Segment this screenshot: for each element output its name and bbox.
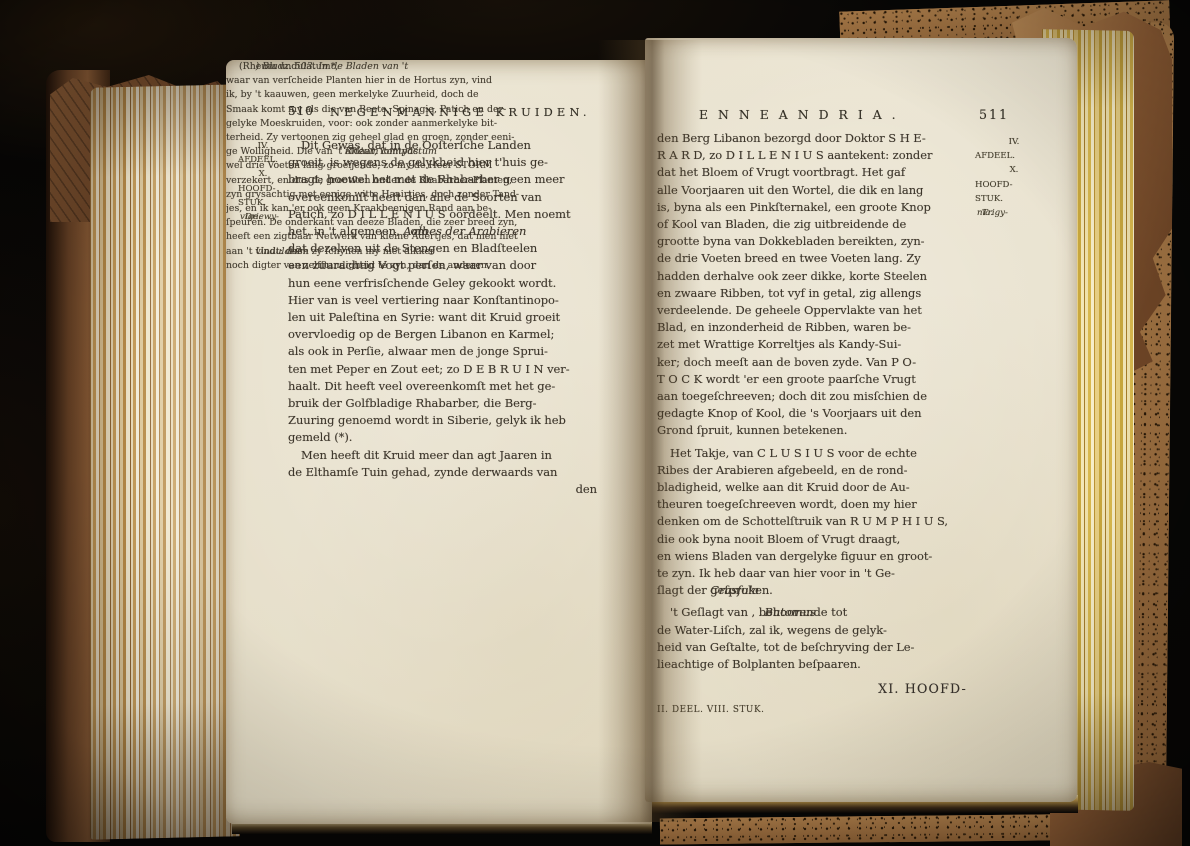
right-margin-notes: IV.AFDEEL.X.HOOFD-STUK.Trigy-nia. — [975, 135, 1053, 206]
right-page-number: 511 — [979, 107, 1009, 122]
left-page-number: 510 — [288, 104, 314, 118]
right-paragraph-1: den Berg Libanon bezorgd door Doktor S H… — [657, 130, 969, 440]
book-photo-scene: 510 NEGENMANNIGE KRUIDEN. IV.AFDEEL.X.HO… — [0, 0, 1190, 846]
right-paragraph-2: Het Takje, van C L U S I U S voor de ech… — [657, 445, 969, 600]
left-catchword: den — [288, 481, 603, 498]
right-page-text: den Berg Libanon bezorgd door Doktor S H… — [657, 130, 969, 719]
left-running-title: NEGENMANNIGE KRUIDEN. — [330, 105, 591, 119]
right-signature: II. DEEL. VIII. STUK. — [657, 702, 969, 719]
left-page-header: 510 NEGENMANNIGE KRUIDEN. — [288, 104, 618, 120]
right-running-title: ENNEANDRIA. — [699, 107, 906, 122]
left-margin-notes: IV.AFDEEL.X.HOOFD-STUK.Driewy-vige. — [238, 139, 288, 210]
right-paragraph-3: 't Geſlagt van Butomus, behoorende totde… — [657, 604, 969, 673]
right-page-header: ENNEANDRIA. 511 — [657, 107, 1057, 123]
left-paragraph-2: Men heeft dit Kruid meer dan agt Jaaren … — [288, 447, 603, 481]
right-catchword: XI. HOOFD- — [657, 680, 969, 697]
right-page: ENNEANDRIA. 511 IV.AFDEEL.X.HOOFD-STUK.T… — [645, 38, 1077, 802]
left-page: 510 NEGENMANNIGE KRUIDEN. IV.AFDEEL.X.HO… — [226, 60, 652, 824]
left-page-text: Dit Gewas, dat in de Ooſterſche Landengr… — [288, 137, 603, 498]
left-fanned-page-edges — [90, 84, 240, 839]
left-paragraph-1: Dit Gewas, dat in de Ooſterſche Landengr… — [288, 137, 603, 447]
